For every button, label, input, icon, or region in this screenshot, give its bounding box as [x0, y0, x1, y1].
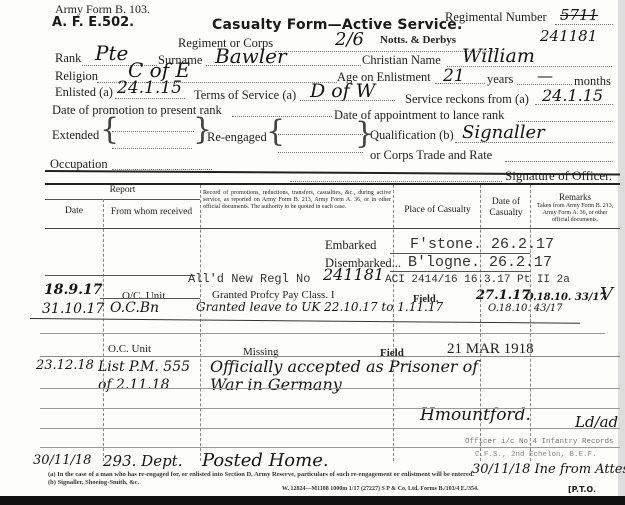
christian-name-label: Christian Name [362, 53, 441, 68]
row4-date: 23.12.18 [36, 358, 94, 373]
reengaged-line-1 [278, 134, 363, 135]
extended-brace-left: { [100, 115, 119, 145]
remarks-header: Remarks [532, 192, 618, 203]
extended-line-2 [112, 148, 192, 149]
regimental-number-label: Regimental Number [445, 10, 547, 25]
extended-label: Extended [52, 128, 99, 143]
place-header: Place of Casualty [395, 205, 480, 216]
col-sep-record [393, 185, 394, 461]
scan-edge [618, 0, 625, 505]
row-rule-1 [100, 298, 200, 299]
afe-number: A. F. E.502. [52, 15, 134, 30]
regimental-number-old: 5711 [560, 6, 598, 24]
footnote-a: (a) In the case of a man who has re-enga… [48, 471, 474, 478]
enlisted-value: 24.1.15 [117, 78, 182, 98]
service-reckons-label: Service reckons from (a) [405, 92, 529, 107]
embarked-label: Embarked [325, 238, 376, 253]
report-header: Report [45, 185, 200, 196]
header-bottom-rule [45, 228, 620, 229]
row-rule-6 [40, 408, 620, 409]
disembarked-underline [390, 271, 530, 272]
age-years: 21 [443, 66, 465, 86]
office-stamp-line2: C.F.S., 2nd Echelon, B.E.F. [475, 451, 597, 459]
remarks-subheader: Taken from Army Form B. 213, Army Form A… [534, 203, 616, 224]
allotted-ref: ACI 2414/16 16.3.17 Pt II 2a [385, 274, 570, 286]
row-rule-0 [45, 275, 195, 276]
row-rule-2 [30, 318, 580, 324]
date-header: Date [45, 206, 103, 217]
rank-value: Pte [95, 41, 128, 65]
from-whom-header: From whom received [103, 207, 200, 218]
row-rule-3 [40, 333, 605, 334]
allotted-label: All'd New Regl No [188, 272, 310, 286]
embarked-value: F'stone. 26.2.17 [410, 236, 554, 253]
row5-remarks: 30/11/18 Ine from Attestation [472, 462, 625, 477]
reengaged-brace-left: { [266, 117, 285, 147]
allotted-value: 241181 [323, 265, 384, 284]
surname-value: Bawler [215, 44, 287, 68]
enlisted-label: Enlisted (a) [55, 85, 113, 100]
col-sep-from [200, 185, 201, 461]
enlisted-line [115, 98, 185, 99]
service-reckons-value: 24.1.15 [542, 86, 603, 105]
trade-label: or Corps Trade and Rate [370, 148, 492, 163]
row2-remarks: O.18.10. 43/17 [488, 303, 563, 314]
row5-date: 30/11/18 [33, 453, 91, 468]
office-stamp-line1: Officer i/c No 4 Infantry Records [465, 438, 614, 446]
row2-from: O.C.Bn [110, 300, 159, 316]
signature-line [290, 181, 502, 182]
row2-date: 31.10.17 [42, 301, 104, 317]
reengaged-label: Re-engaged [207, 130, 267, 145]
terms-label: Terms of Service (a) [194, 88, 296, 103]
reengaged-line-2 [278, 152, 363, 153]
rank-label: Rank [55, 51, 81, 66]
regiment-printed: Notts. & Derbys [380, 34, 456, 46]
disembarked-value: B'logne. 26.2.17 [408, 254, 552, 271]
report-divider [45, 199, 200, 200]
row1-date: 18.9.17 [44, 282, 102, 298]
row2-record: Granted leave to UK 22.10.17 to 1.11.17 [196, 300, 443, 314]
row-rule-5 [40, 388, 620, 389]
qualification-label: Qualification (b) [370, 128, 454, 143]
regiment-value: 2/6 [335, 29, 364, 50]
religion-label: Religion [55, 69, 98, 84]
row-rule-7 [40, 428, 620, 429]
regimental-number-new: 241181 [540, 27, 597, 45]
record-header: Record of promotions, reductions, transf… [203, 190, 391, 211]
date-of-casualty-header: Date of Casualty [482, 197, 530, 219]
qualification-value: Signaller [462, 122, 545, 143]
row-rule-8 [40, 447, 620, 448]
col-sep-date [103, 199, 104, 461]
row1-date-cas: 27.1.17 [476, 288, 530, 303]
scan-bottom-edge [0, 496, 625, 505]
row1-remarks: O.18.10. 33/17 [525, 292, 606, 303]
casualty-form-page: { "form": { "form_number": "Army Form B.… [0, 0, 625, 505]
pto-label: [P.T.O. [568, 485, 596, 494]
footnote-b: (b) Signaller, Shoeing-Smith, &c. [48, 479, 139, 486]
terms-value: D of W [310, 80, 375, 102]
age-months: — [537, 66, 553, 85]
signature-label: Signature of Officer. [505, 168, 612, 184]
extended-line-1 [112, 131, 194, 132]
christian-name-value: William [462, 45, 535, 67]
row5-record: Posted Home. [202, 450, 329, 471]
years-label: years [487, 72, 513, 87]
check-mark: V [600, 284, 613, 305]
regimental-number-line [555, 24, 613, 25]
trade-line [505, 161, 613, 162]
row5-from: 293. Dept. [103, 452, 182, 470]
printer-imprint: W. 12824—M1188 1000m 1/17 (27227) S P & … [282, 486, 478, 492]
row3-from: O.C. Unit [108, 343, 151, 355]
